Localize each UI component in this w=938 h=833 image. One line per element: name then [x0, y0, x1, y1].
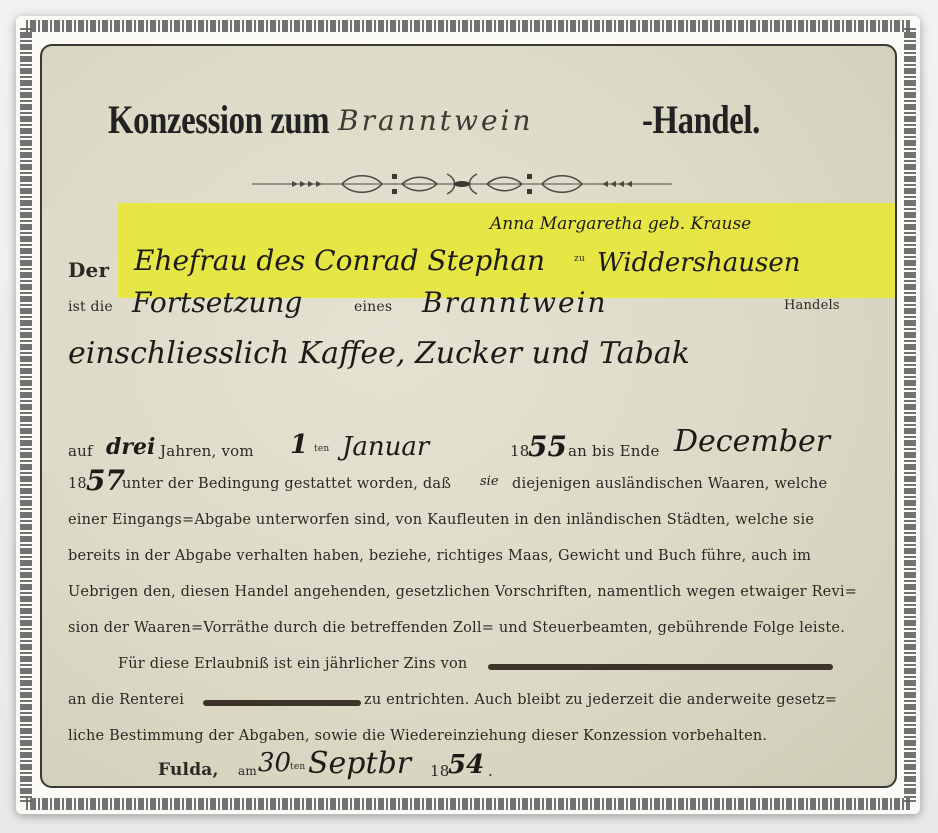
handwritten-sign-month: Septbr [308, 746, 411, 781]
printed-jahren-vom: Jahren, vom [160, 442, 254, 460]
printed-ist-die: ist die [68, 299, 113, 315]
handwritten-sign-day: 30 [258, 748, 291, 778]
renterei-suffix: zu entrichten. Auch bleibt zu jederzeit … [364, 692, 837, 708]
handwritten-maiden-name: Anna Margaretha geb. Krause [490, 214, 751, 234]
handwritten-years: drei [106, 434, 155, 460]
meander-border-top [26, 20, 910, 32]
body-line-1a: unter der Bedingung gestattet worden, da… [122, 476, 451, 492]
printed-eines: eines [354, 299, 392, 315]
body-line-3: bereits in der Abgabe verhalten haben, b… [68, 548, 811, 564]
body-line-4: Uebrigen den, diesen Handel angehenden, … [68, 584, 857, 600]
handwritten-start-day: 1 [290, 430, 308, 460]
printed-ten-superscript: ten [314, 444, 329, 454]
body-line-2: einer Eingangs=Abgabe unterworfen sind, … [68, 512, 814, 528]
meander-border-bottom [26, 798, 910, 810]
handwritten-sign-year: 54 [448, 750, 484, 780]
title-prefix: Konzession zum [108, 96, 329, 143]
handwritten-trade: Branntwein [422, 286, 608, 319]
handwritten-start-month: Januar [342, 432, 429, 462]
title-suffix: -Handel. [642, 96, 760, 143]
final-line: liche Bestimmung der Abgaben, sowie die … [68, 728, 767, 744]
printed-18-sign: 18 [430, 762, 450, 780]
printed-ten-superscript-2: ten [290, 762, 305, 772]
printed-zu: zu [574, 254, 585, 264]
printed-am: am [238, 764, 257, 778]
signature-place: Fulda, [158, 760, 219, 780]
fee-line: Für diese Erlaubniß ist ein jährlicher Z… [118, 656, 467, 672]
handwritten-start-year: 55 [528, 430, 567, 463]
handwritten-sie: sie [480, 474, 499, 489]
meander-border-left [20, 28, 32, 802]
sign-period: . [488, 762, 493, 780]
concession-document: Konzession zum Branntwein -Handel. Anna … [40, 44, 897, 788]
handwritten-goods: einschliesslich Kaffee, Zucker und Tabak [68, 336, 690, 371]
handwritten-end-year: 57 [86, 464, 125, 497]
handwritten-continuation: Fortsetzung [132, 286, 302, 319]
printed-handels: Handels [784, 298, 840, 313]
handwritten-person-name: Ehefrau des Conrad Stephan [134, 244, 545, 277]
body-line-1b: diejenigen ausländischen Waaren, welche [512, 476, 827, 492]
body-line-5: sion der Waaren=Vorräthe durch die betre… [68, 620, 845, 636]
handwritten-end-month: December [674, 424, 830, 459]
fee-struck-out-line [488, 664, 833, 670]
renterei-struck-out-line [203, 700, 361, 706]
title-handwritten-trade: Branntwein [338, 104, 534, 137]
printed-18-end: 18 [68, 476, 87, 492]
printed-18-start: 18 [510, 442, 530, 460]
renterei-prefix: an die Renterei [68, 692, 184, 708]
printed-auf: auf [68, 442, 93, 460]
printed-an-bis-ende: an bis Ende [568, 442, 660, 460]
printed-der: Der [68, 258, 109, 282]
meander-border-right [904, 28, 916, 802]
ornament-divider-icon [252, 171, 672, 197]
handwritten-place: Widdershausen [597, 248, 801, 278]
